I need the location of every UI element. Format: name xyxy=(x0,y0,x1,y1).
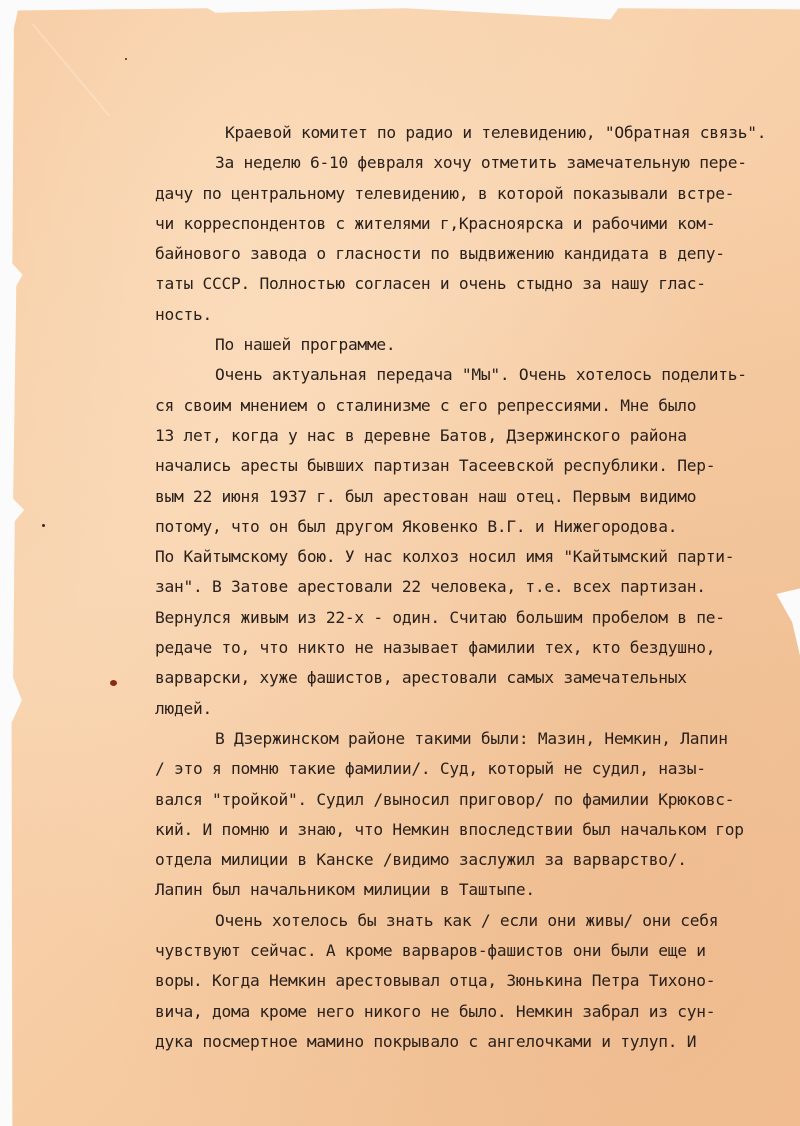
text-line: редаче то, что никто не называет фамилии… xyxy=(155,633,795,663)
text-line: Очень актуальная передача "Мы". Очень хо… xyxy=(155,360,795,390)
ink-speck xyxy=(125,58,127,60)
typewritten-letter: Краевой комитет по радио и телевидению, … xyxy=(155,118,795,1057)
text-line: По нашей программе. xyxy=(155,330,795,360)
text-line: ся своим мнением о сталинизме с его репр… xyxy=(155,391,795,421)
text-line: Вернулся живым из 22-х - один. Считаю бо… xyxy=(155,603,795,633)
text-line: отдела милиции в Канске /видимо заслужил… xyxy=(155,845,795,875)
letter-heading: Краевой комитет по радио и телевидению, … xyxy=(155,118,795,148)
text-line: потому, что он был другом Яковенко В.Г. … xyxy=(155,512,795,542)
text-line: 13 лет, когда у нас в деревне Батов, Дзе… xyxy=(155,421,795,451)
text-line: таты СССР. Полностью согласен и очень ст… xyxy=(155,269,795,299)
text-line: Лапин был начальником милиции в Таштыпе. xyxy=(155,875,795,905)
text-line: кий. И помню и знаю, что Немкин впоследс… xyxy=(155,815,795,845)
text-line: вича, дома кроме него никого не было. Не… xyxy=(155,997,795,1027)
text-line: ность. xyxy=(155,300,795,330)
text-line: Очень хотелось бы знать как / если они ж… xyxy=(155,906,795,936)
text-line: начались аресты бывших партизан Тасеевск… xyxy=(155,451,795,481)
text-line: воры. Когда Немкин арестовывал отца, Зюн… xyxy=(155,966,795,996)
text-line: В Дзержинском районе такими были: Мазин,… xyxy=(155,724,795,754)
text-line: чувствуют сейчас. А кроме варваров-фашис… xyxy=(155,936,795,966)
text-line: вался "тройкой". Судил /выносил приговор… xyxy=(155,785,795,815)
text-line: зан". В Затове арестовали 22 человека, т… xyxy=(155,572,795,602)
text-line: вым 22 июня 1937 г. был арестован наш от… xyxy=(155,482,795,512)
text-line: За неделю 6-10 февраля хочу отметить зам… xyxy=(155,148,795,178)
text-line: / это я помню такие фамилии/. Суд, котор… xyxy=(155,754,795,784)
text-line: чи корреспондентов с жителями г,Краснояр… xyxy=(155,209,795,239)
rust-stain xyxy=(110,680,117,686)
text-line: байнового завода о гласности по выдвижен… xyxy=(155,239,795,269)
text-line: дука посмертное мамино покрывало с ангел… xyxy=(155,1027,795,1057)
ink-speck xyxy=(42,524,45,527)
text-line: варварски, хуже фашистов, арестовали сам… xyxy=(155,663,795,693)
text-line: дачу по центральному телевидению, в кото… xyxy=(155,179,795,209)
text-line: людей. xyxy=(155,694,795,724)
text-line: По Кайтымскому бою. У нас колхоз носил и… xyxy=(155,542,795,572)
